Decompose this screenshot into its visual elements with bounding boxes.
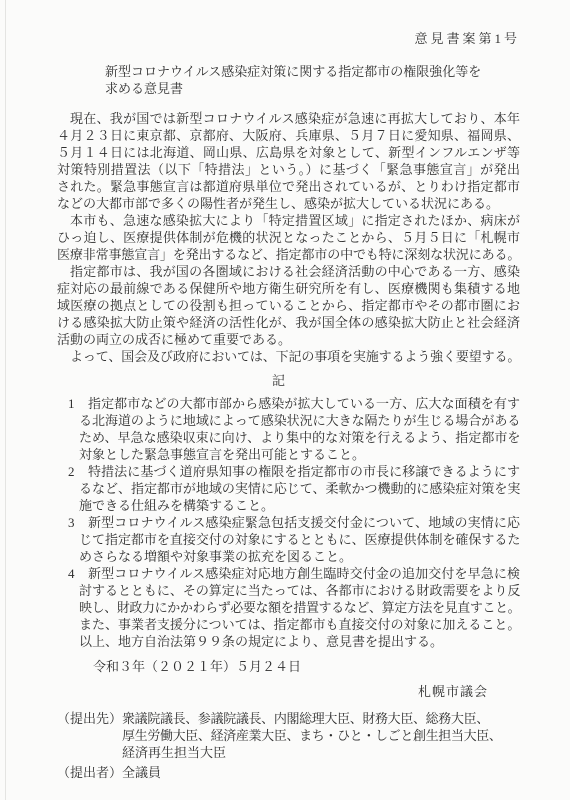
item-number: 3 [68,514,75,531]
paragraph-line: ひっ迫し、医療提供体制が危機的状況となったことから、５月５日に「札幌市 [57,229,520,246]
item-line: 施できる仕組みを構築すること。 [79,497,520,514]
ki-heading: 記 [57,372,500,389]
paragraph-line: ５月１４日には北海道、岡山県、広島県を対象として、新型インフルエンザ等 [57,144,520,161]
list-item-4: 4 新型コロナウイルス感染症対応地方創生臨時交付金の追加交付を早急に検 討すると… [57,565,520,633]
item-line: る北海道のように地域によって感染状況に大きな隔たりが生じる場合がある [79,412,520,429]
item-line: ため、早急な感染収束に向け、より集中的な対策を行えるよう、指定都市を [79,429,520,446]
paragraph-line: 症対応の最前線である保健所や地方衛生研究所を有し、医療機関も集積する地 [57,280,520,297]
recipient-line: 衆議院議長、参議院議長、内閣総理大臣、財務大臣、総務大臣、 [122,710,520,727]
paragraph-line: よって、国会及び政府においては、下記の事項を実施するよう強く要望する。 [57,348,520,365]
paragraph-1: 現在、我が国では新型コロナウイルス感染症が急速に再拡大しており、本年 ４月２３日… [57,110,520,212]
paragraph-2: 本市も、急速な感染拡大により「特定措置区域」に指定されたほか、病床が ひっ迫し、… [57,212,520,263]
recipient-line: 経済再生担当大臣 [122,744,520,761]
paragraph-line: 指定都市は、我が国の各圏域における社会経済活動の中心である一方、感染 [57,263,520,280]
item-number: 2 [68,463,75,480]
submitter-label: （提出者） [57,764,122,781]
item-line: るなど、指定都市が地域の実情に応じて、柔軟かつ機動的に感染症対策を実 [79,480,520,497]
doc-title-line: 求める意見書 [105,80,520,97]
closing-line: 以上、地方自治法第９９条の規定により、意見書を提出する。 [57,633,520,650]
doc-title-line: 新型コロナウイルス感染症対策に関する指定都市の権限強化等を [105,63,520,80]
paragraph-line: 医療非常事態宣言」を発出するなど、指定都市の中でも特に深刻な状況にある。 [57,246,520,263]
doc-title: 新型コロナウイルス感染症対策に関する指定都市の権限強化等を 求める意見書 [105,63,520,97]
recipients-block: （提出先） 衆議院議長、参議院議長、内閣総理大臣、財務大臣、総務大臣、 厚生労働… [57,710,520,761]
item-line: 新型コロナウイルス感染症対応地方創生臨時交付金の追加交付を早急に検 [79,565,520,582]
item-line: 新型コロナウイルス感染症緊急包括支援交付金について、地域の実情に応 [79,514,520,531]
paragraph-line: された。緊急事態宣言は都道府県単位で発出されているが、とりわけ指定都市 [57,178,520,195]
paragraph-line: 対策特別措置法（以下「特措法」という。）に基づく「緊急事態宣言」が発出 [57,161,520,178]
council-signature: 札幌市議会 [57,683,520,700]
list-item-3: 3 新型コロナウイルス感染症緊急包括支援交付金について、地域の実情に応 じて指定… [57,514,520,565]
paragraph-line: 現在、我が国では新型コロナウイルス感染症が急速に再拡大しており、本年 [57,110,520,127]
paragraph-4: よって、国会及び政府においては、下記の事項を実施するよう強く要望する。 [57,348,520,365]
recipients-names: 衆議院議長、参議院議長、内閣総理大臣、財務大臣、総務大臣、 厚生労働大臣、経済産… [122,710,520,761]
paragraph-line: 本市も、急速な感染拡大により「特定措置区域」に指定されたほか、病床が [57,212,520,229]
recipient-line: 厚生労働大臣、経済産業大臣、まち・ひと・しごと創生担当大臣、 [122,727,520,744]
scan-edge-line [5,0,6,800]
item-number: 4 [68,565,75,582]
document-content: 意見書案第1号 新型コロナウイルス感染症対策に関する指定都市の権限強化等を 求め… [0,0,570,781]
doc-number: 意見書案第1号 [57,30,520,47]
item-line: 討するとともに、その算定に当たっては、各都市における財政需要をより反 [79,582,520,599]
date-line: 令和３年（２０２１年）５月２４日 [57,658,520,675]
item-line: めさらなる増額や対象事業の拡充を図ること。 [79,548,520,565]
paragraph-line: 活動の両立の成否に極めて重要である。 [57,331,520,348]
item-line: また、事業者支援分については、指定都市も直接交付の対象に加えること。 [79,616,520,633]
list-item-2: 2 特措法に基づく道府県知事の権限を指定都市の市長に移譲できるようにす るなど、… [57,463,520,514]
paragraph-line: ける感染拡大防止策や経済の活性化が、我が国全体の感染拡大防止と社会経済 [57,314,520,331]
item-line: 映し、財政力にかかわらず必要な額を措置するなど、算定方法を見直すこと。 [79,599,520,616]
paragraph-3: 指定都市は、我が国の各圏域における社会経済活動の中心である一方、感染 症対応の最… [57,263,520,348]
item-line: 指定都市などの大都市部から感染が拡大している一方、広大な面積を有す [79,395,520,412]
submitter-block: （提出者） 全議員 [57,764,520,781]
list-item-1: 1 指定都市などの大都市部から感染が拡大している一方、広大な面積を有す る北海道… [57,395,520,463]
item-line: 特措法に基づく道府県知事の権限を指定都市の市長に移譲できるようにす [79,463,520,480]
recipients-label: （提出先） [57,710,122,761]
paragraph-line: ４月２３日に東京都、京都府、大阪府、兵庫県、５月７日に愛知県、福岡県、 [57,127,520,144]
item-number: 1 [68,395,75,412]
submitter-value: 全議員 [122,764,161,781]
paragraph-line: 域医療の拠点としての役割も担っていることから、指定都市やその都市圏にお [57,297,520,314]
document-page: 意見書案第1号 新型コロナウイルス感染症対策に関する指定都市の権限強化等を 求め… [0,0,570,800]
paragraph-line: などの大都市部で多くの陽性者が発生し、感染が拡大している状況にある。 [57,195,520,212]
item-line: 対象とした緊急事態宣言を発出可能とすること。 [79,446,520,463]
item-line: じて指定都市を直接交付の対象にするとともに、医療提供体制を確保するた [79,531,520,548]
